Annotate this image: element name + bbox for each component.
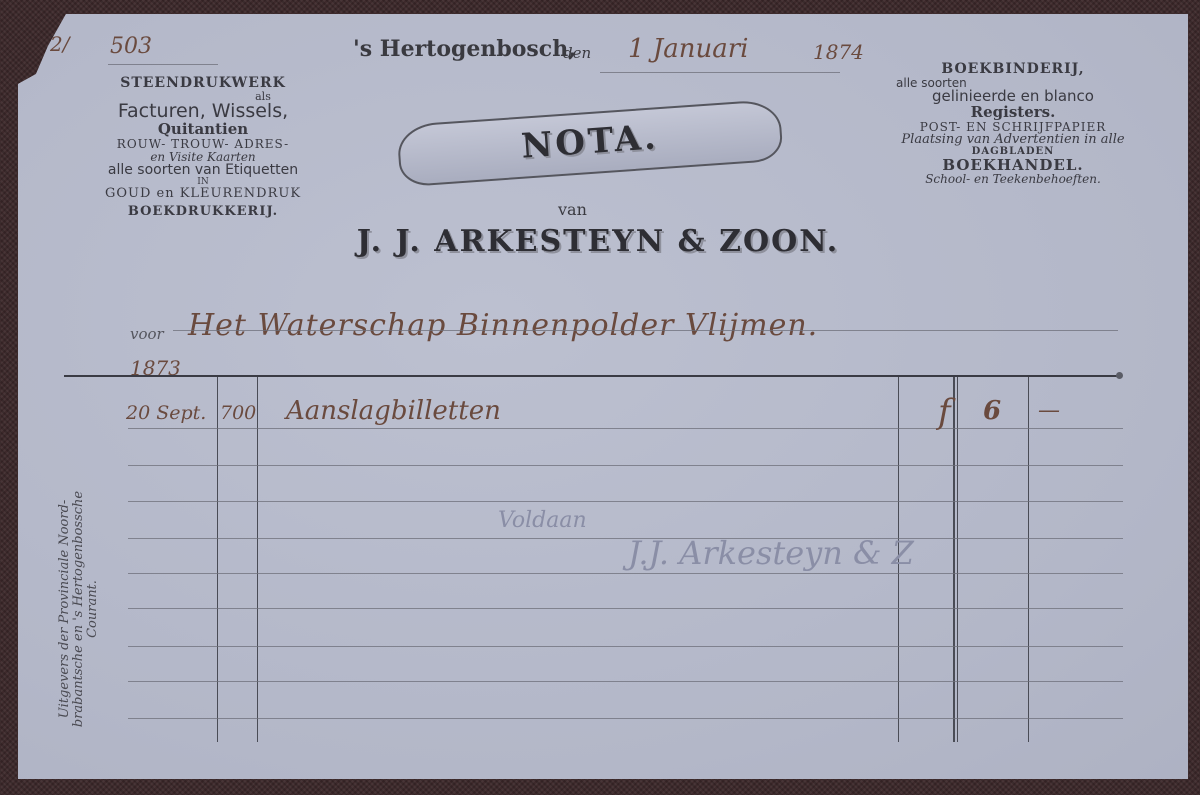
invoice-title: NOTA. [399,109,781,175]
advert-line: BOEKHANDEL. [878,158,1148,174]
from-word: van [558,200,587,219]
advert-line: Plaatsing van Advertentien in alle [878,133,1148,147]
right-advert: BOEKBINDERIJ, alle soorten gelinieerde e… [878,62,1148,186]
column-line-date [217,377,218,742]
advert-line: Quitantien [73,122,333,138]
publisher-side-text: Uitgevers der Provinciale Noord- brabant… [58,484,100,734]
recipient-label: voor [130,325,164,343]
ruled-line [128,465,1123,466]
line-item-quantity: 700 [220,402,256,424]
line-item-description: Aanslagbilletten [286,396,501,426]
recipient-name: Het Waterschap Binnenpolder Vlijmen. [188,308,818,343]
advert-line: Facturen, Wissels, [73,102,333,122]
advert-line: BOEKBINDERIJ, [878,62,1148,77]
ruled-line [128,428,1123,429]
company-name: J. J. ARKESTEYN & ZOON. [318,224,878,259]
date-prefix: den [563,44,591,62]
place-name: 's Hertogenbosch, [353,36,576,62]
reference-underline [108,64,218,65]
left-advert: STEENDRUKWERK als Facturen, Wissels, Qui… [73,76,333,219]
column-line-cents [1028,377,1029,742]
ruled-line [128,608,1123,609]
ruled-line [128,538,1123,539]
invoice-paper: 2/ 503 STEENDRUKWERK als Facturen, Wisse… [18,14,1188,779]
line-item-amount: 6 [983,396,1001,426]
side-text-line: Courant. [86,484,100,734]
ruled-line [128,573,1123,574]
rule-end-dot [1116,372,1123,379]
side-text-line: brabantsche en 's Hertogenbossche [72,484,86,734]
advert-line: School- en Teekenbehoeften. [878,173,1148,186]
advert-line: GOUD en KLEURENDRUK [73,187,333,201]
advert-line: alle soorten van Etiquetten [73,163,333,178]
date-underline [600,72,840,73]
line-item-currency: f [938,392,951,432]
ruled-line [128,718,1123,719]
column-line-amount [953,377,955,742]
recipient-underline [173,330,1118,331]
corner-mark: 2/ [50,32,69,56]
advert-line: STEENDRUKWERK [73,76,333,91]
advert-line: Registers. [878,105,1148,121]
line-item-date: 20 Sept. [126,402,206,424]
side-text-line: Uitgevers der Provinciale Noord- [58,484,72,734]
column-line-amount-inner [957,377,958,742]
ruled-line [128,646,1123,647]
column-line-qty [257,377,258,742]
signature: J.J. Arkesteyn & Z [628,534,914,572]
line-item-cents: — [1038,398,1060,423]
ruled-line [128,501,1123,502]
title-banner: NOTA. [396,99,783,188]
advert-line: BOEKDRUKKERIJ. [73,205,333,219]
date-year: 1874 [813,40,864,64]
advert-line: ROUW- TROUW- ADRES- [73,138,333,151]
reference-number: 503 [110,34,152,59]
ruled-line [128,681,1123,682]
receipt-note: Voldaan [498,508,587,533]
date-day-month: 1 Januari [628,34,748,64]
table-header-rule [64,375,1119,377]
